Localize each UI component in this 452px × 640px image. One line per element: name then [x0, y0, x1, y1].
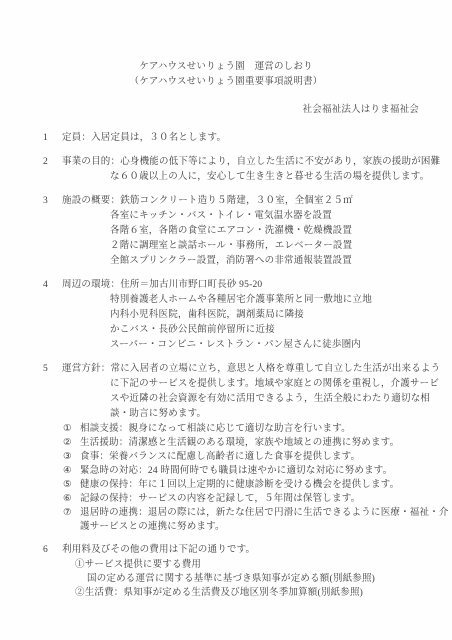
line-text: 相談支援：親身になって相談に応じて適切な助言を行います。	[80, 424, 351, 434]
document-title-block: ケアハウスせいりょう園 運営のしおり （ケアハウスせいりょう園重要事項説明書）	[0, 60, 452, 90]
line-text: 特別養護老人ホームや各種居宅介護事業所と同一敷地に立地	[110, 295, 372, 305]
line-text: 国の定める運営に関する基準に基づき県知事が定める額(別紙参照)	[87, 574, 375, 584]
item-number: 3	[43, 194, 62, 209]
doc-line: 3施設の概要：鉄筋コンクリート造り５階建，３０室，全個室２５㎡	[0, 194, 452, 209]
line-text: な６０歳以上の人に，安心して生き生きと暮せる生活の場を提供します。	[110, 172, 429, 182]
doc-line: 2事業の目的：心身機能の低下等により，自立した生活に不安があり，家族の援助が困難	[0, 155, 452, 170]
doc-line: ②生活援助：清潔感と生活観のある環境，家族や地域との連携に努めます。	[0, 436, 452, 450]
doc-line: ⑥記録の保持：サービスの内容を記録して，５年間は保管します。	[0, 492, 452, 506]
doc-line: ①相談支援：親身になって相談に応じて適切な助言を行います。	[0, 422, 452, 436]
line-text: に下記のサービスを提供します。地域や家庭との関係を重視し，介護サービ	[110, 379, 439, 389]
line-text: 護サービスとの連携に努めます。	[80, 522, 225, 532]
doc-line: スや近隣の社会資源を有効に活用できるよう，生活全般にわたり適切な相	[0, 392, 452, 407]
document-subtitle: （ケアハウスせいりょう園重要事項説明書）	[0, 75, 452, 90]
line-text: 各室にキッチン・バス・トイレ・電気温水器を設置	[110, 211, 332, 221]
line-text: 生活援助：清潔感と生活観のある環境，家族や地域との連携に努めます。	[80, 438, 399, 448]
publisher-name: 社会福祉法人はりま福祉会	[0, 103, 452, 118]
item-number: ①	[63, 422, 80, 436]
line-text: スや近隣の社会資源を有効に活用できるよう，生活全般にわたり適切な相	[110, 394, 430, 404]
item-number: ⑥	[63, 492, 80, 506]
line-text: 施設の概要：鉄筋コンクリート造り５階建，３０室，全個室２５㎡	[62, 196, 353, 206]
line-text: 健康の保持：年に１回以上定期的に健康診断を受ける機会を提供します。	[80, 480, 399, 490]
doc-line: ⑤健康の保持：年に１回以上定期的に健康診断を受ける機会を提供します。	[0, 478, 452, 492]
item-number: ⑤	[63, 478, 80, 492]
doc-line: 談・助言に努めます。	[0, 407, 452, 422]
line-text: 利用料及びその他の費用は下記の通りです。	[62, 545, 255, 555]
line-text: 退居時の連携：退居の際には，新たな住居で円滑に生活できるように医療・福祉・介	[80, 508, 449, 518]
item-number: ⑦	[63, 506, 80, 520]
doc-line: 護サービスとの連携に努めます。	[0, 520, 452, 534]
item-number: ④	[63, 464, 80, 478]
doc-line: ２階に調理室と談話ホール・事務所，エレベーター設置	[0, 239, 452, 254]
line-text: 内科小児科医院，歯科医院，調剤薬局に隣接	[110, 310, 304, 320]
doc-line: 各室にキッチン・バス・トイレ・電気温水器を設置	[0, 209, 452, 224]
document-body: 1定員：入居定員は，３０名とします。2事業の目的：心身機能の低下等により，自立し…	[0, 131, 452, 600]
line-text: 運営方針：常に入居者の立場に立ち，意思と人格を尊重して自立した生活が出来るよう	[62, 364, 440, 374]
doc-line: 特別養護老人ホームや各種居宅介護事業所と同一敷地に立地	[0, 293, 452, 308]
doc-line: 内科小児科医院，歯科医院，調剤薬局に隣接	[0, 308, 452, 323]
line-text: ①サービス提供に要する費用	[75, 560, 201, 570]
line-text: 定員：入居定員は，３０名とします。	[62, 133, 226, 143]
doc-line: 全館スプリンクラー設置，消防署への非常通報装置設置	[0, 254, 452, 269]
line-text: 全館スプリンクラー設置，消防署への非常通報装置設置	[110, 256, 352, 266]
line-text: スーパー・コンビニ・レストラン・パン屋さんに徒歩圏内	[110, 340, 361, 350]
doc-line: に下記のサービスを提供します。地域や家庭との関係を重視し，介護サービ	[0, 377, 452, 392]
doc-line: ①サービス提供に要する費用	[0, 558, 452, 572]
doc-line: ③食事：栄養バランスに配慮し高齢者に適した食事を提供します。	[0, 450, 452, 464]
doc-line: 6利用料及びその他の費用は下記の通りです。	[0, 543, 452, 558]
doc-line: ④緊急時の対応：24 時間何時でも職員は速やかに適切な対応に努めます。	[0, 464, 452, 478]
line-text: 各階６室，各階の食堂にエアコン・洗濯機・乾燥機設置	[110, 226, 352, 236]
doc-line: ②生活費：県知事が定める生活費及び地区別冬季加算額(別紙参照)	[0, 586, 452, 600]
item-number: 6	[43, 543, 62, 558]
item-number: ③	[63, 450, 80, 464]
line-text: 周辺の環境：住所＝加古川市野口町長砂 95-20	[62, 280, 262, 290]
doc-line: な６０歳以上の人に，安心して生き生きと暮せる生活の場を提供します。	[0, 170, 452, 185]
document-title: ケアハウスせいりょう園 運営のしおり	[0, 60, 452, 75]
doc-line: 1定員：入居定員は，３０名とします。	[0, 131, 452, 146]
item-number: ②	[63, 436, 80, 450]
line-text: 緊急時の対応：24 時間何時でも職員は速やかに適切な対応に努めます。	[80, 466, 392, 476]
line-text: ②生活費：県知事が定める生活費及び地区別冬季加算額(別紙参照)	[75, 588, 363, 598]
doc-line: かこバス・長砂公民館前停留所に近接	[0, 323, 452, 338]
doc-line: 国の定める運営に関する基準に基づき県知事が定める額(別紙参照)	[0, 572, 452, 586]
item-number: 5	[43, 362, 62, 377]
doc-line: 4周辺の環境：住所＝加古川市野口町長砂 95-20	[0, 278, 452, 293]
item-number: 4	[43, 278, 62, 293]
document-page: ケアハウスせいりょう園 運営のしおり （ケアハウスせいりょう園重要事項説明書） …	[0, 0, 452, 640]
item-number: 2	[43, 155, 62, 170]
line-text: 事業の目的：心身機能の低下等により，自立した生活に不安があり，家族の援助が困難	[62, 157, 440, 167]
line-text: かこバス・長砂公民館前停留所に近接	[110, 325, 275, 335]
line-text: 談・助言に努めます。	[110, 409, 206, 419]
doc-line: スーパー・コンビニ・レストラン・パン屋さんに徒歩圏内	[0, 338, 452, 353]
line-text: 記録の保持：サービスの内容を記録して，５年間は保管します。	[80, 494, 360, 504]
line-text: 食事：栄養バランスに配慮し高齢者に適した食事を提供します。	[80, 452, 360, 462]
item-number: 1	[43, 131, 62, 146]
doc-line: 5運営方針：常に入居者の立場に立ち，意思と人格を尊重して自立した生活が出来るよう	[0, 362, 452, 377]
line-text: ２階に調理室と談話ホール・事務所，エレベーター設置	[110, 241, 352, 251]
doc-line: ⑦退居時の連携：退居の際には，新たな住居で円滑に生活できるように医療・福祉・介	[0, 506, 452, 520]
doc-line: 各階６室，各階の食堂にエアコン・洗濯機・乾燥機設置	[0, 224, 452, 239]
